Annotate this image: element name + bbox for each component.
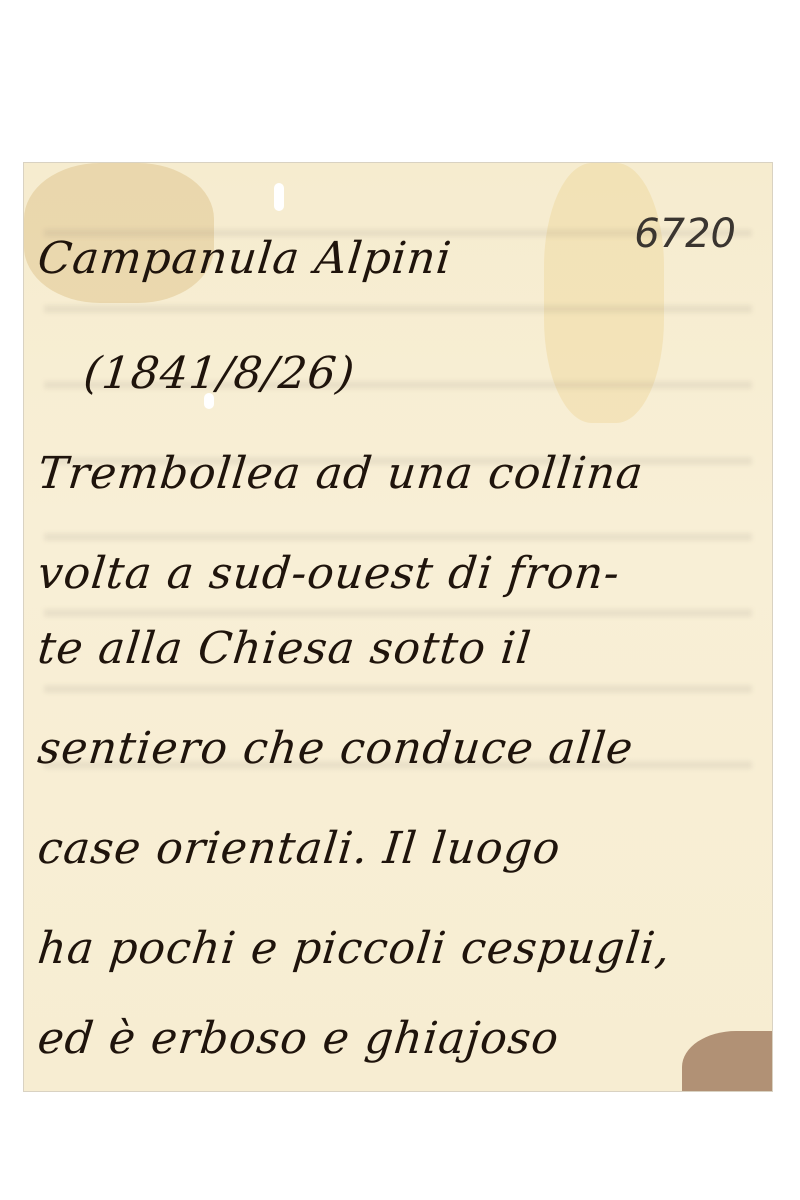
text-line: volta a sud-ouest di fron- xyxy=(35,548,622,599)
pin-hole xyxy=(274,183,284,211)
text-line: te alla Chiesa sotto il xyxy=(35,623,534,674)
text-line: Trembollea ad una collina xyxy=(35,448,646,499)
date: (1841/8/26) xyxy=(81,348,357,399)
catalog-number: 6720 xyxy=(634,211,736,257)
text-line: ed è erboso e ghiajoso xyxy=(35,1013,561,1064)
text-line: ha pochi e piccoli cespugli, xyxy=(35,923,673,974)
text-line: sentiero che conduce alle xyxy=(35,723,636,774)
manuscript-sheet: 6720 Campanula Alpini (1841/8/26) Trembo… xyxy=(24,163,772,1091)
ink-blot xyxy=(682,1031,772,1091)
text-line: case orientali. Il luogo xyxy=(35,823,563,874)
heading: Campanula Alpini xyxy=(35,233,454,284)
